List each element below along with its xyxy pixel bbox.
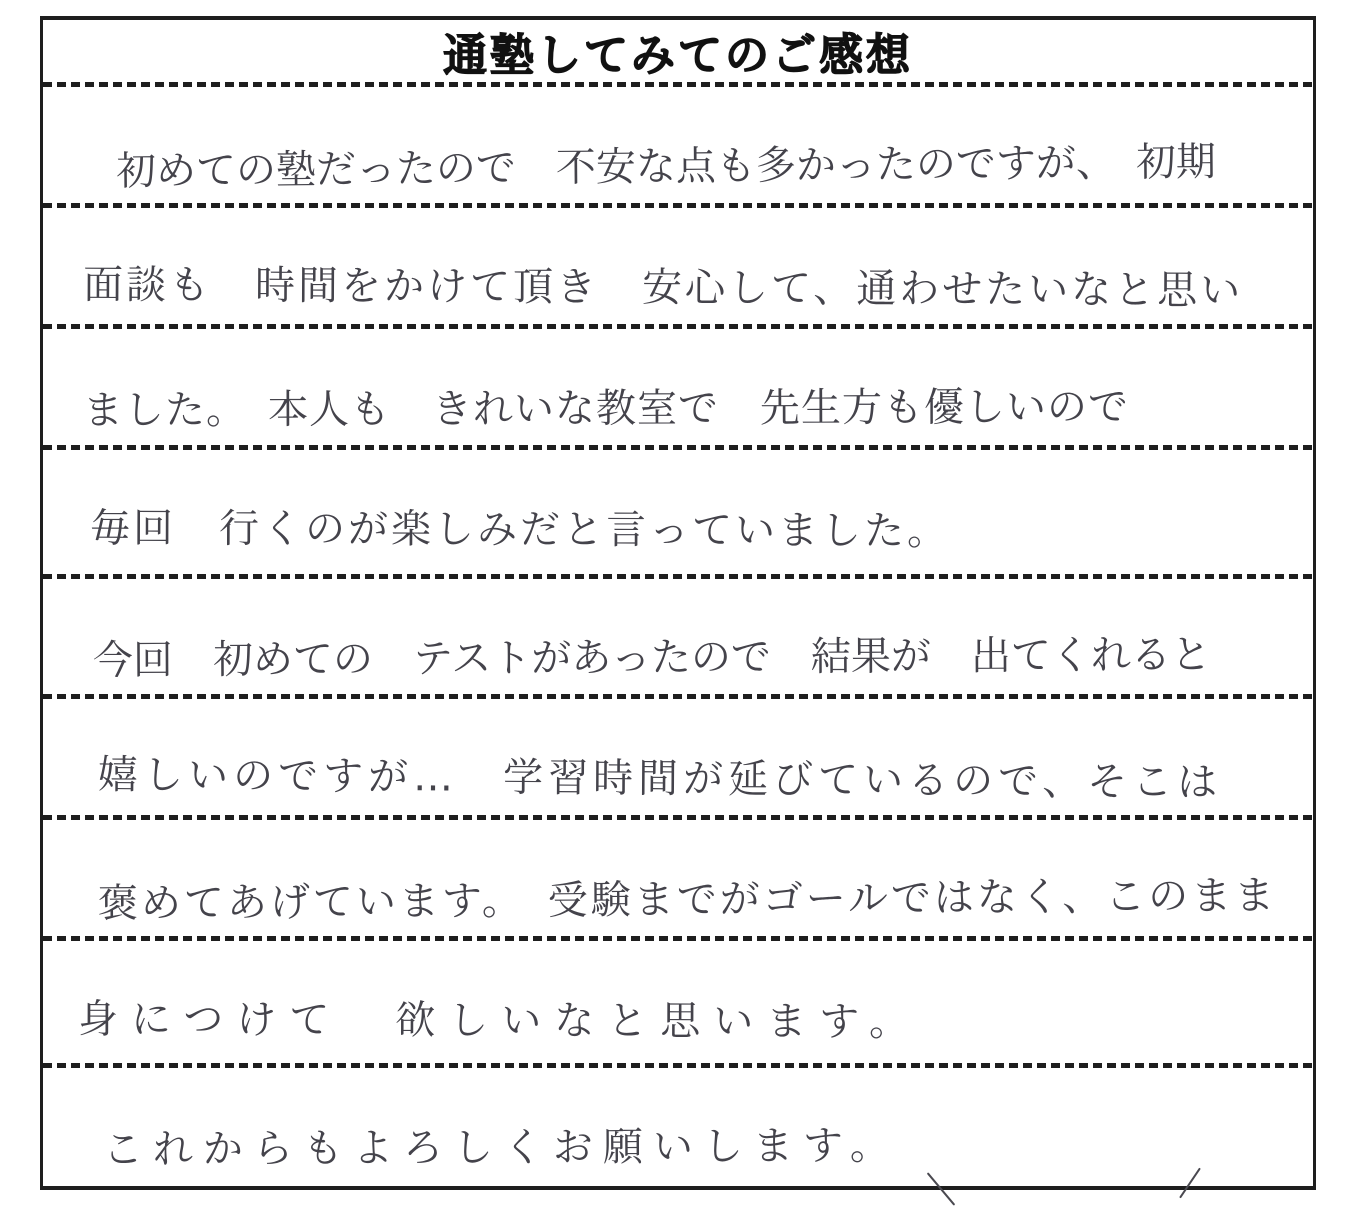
writing-row: 今回 初めての テストがあったので 結果が 出てくれると [43, 579, 1313, 695]
writing-row: 身につけて 欲しいなと思います。 [43, 941, 1313, 1063]
feedback-form: 通塾してみてのご感想 初めての塾だったので 不安な点も多かったのですが、 初期 … [40, 16, 1316, 1190]
writing-row: 初めての塾だったので 不安な点も多かったのですが、 初期 [43, 87, 1313, 203]
form-header: 通塾してみてのご感想 [43, 20, 1313, 82]
form-title: 通塾してみてのご感想 [443, 19, 913, 83]
writing-row: ました。 本人も きれいな教室で 先生方も優しいので [43, 329, 1313, 445]
handwritten-line-8: 身につけて 欲しいなと思います。 [78, 998, 922, 1063]
handwritten-line-3: ました。 本人も きれいな教室で 先生方も優しいので [83, 385, 1129, 445]
handwritten-line-9: これからもよろしくお願いします。 [103, 1124, 900, 1186]
handwritten-line-2: 面談も 時間をかけて頂き 安心して、通わせたいなと思い [83, 263, 1243, 324]
handwritten-line-5: 今回 初めての テストがあったので 結果が 出てくれると [93, 634, 1211, 695]
writing-row: これからもよろしくお願いします。 [43, 1068, 1313, 1186]
writing-row: 毎回 行くのが楽しみだと言っていました。 [43, 450, 1313, 574]
handwritten-line-1: 初めての塾だったので 不安な点も多かったのですが、 初期 [116, 140, 1216, 203]
writing-row: 面談も 時間をかけて頂き 安心して、通わせたいなと思い [43, 208, 1313, 324]
writing-row: 嬉しいのですが… 学習時間が延びているので、そこは [43, 699, 1313, 815]
handwritten-line-6: 嬉しいのですが… 学習時間が延びているので、そこは [98, 753, 1223, 815]
handwritten-line-4: 毎回 行くのが楽しみだと言っていました。 [90, 506, 950, 574]
scanned-feedback-page: 通塾してみてのご感想 初めての塾だったので 不安な点も多かったのですが、 初期 … [0, 0, 1360, 1206]
handwritten-line-7: 褒めてあげています。 受験までがゴールではなく、このまま [98, 874, 1278, 936]
writing-row: 褒めてあげています。 受験までがゴールではなく、このまま [43, 820, 1313, 936]
